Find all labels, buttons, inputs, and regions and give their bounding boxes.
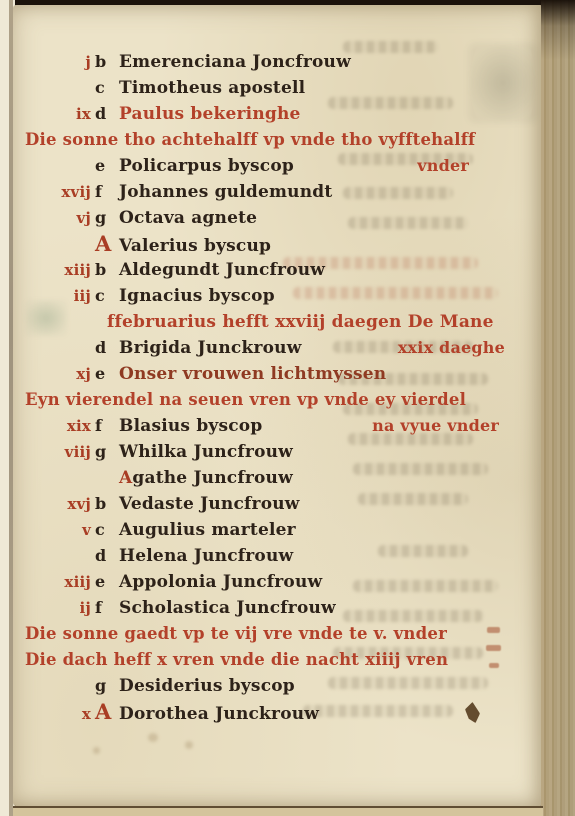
feast-name-text: Johannes guldemundt (119, 182, 332, 202)
dominical-letter: f (95, 179, 119, 205)
manuscript-photo: jbEmerenciana JoncfrouwcTimotheus aposte… (0, 0, 575, 816)
feast-name: Blasius byscop (119, 416, 262, 436)
dominical-letter: d (95, 543, 119, 569)
rubric-right-note: vnder (417, 153, 469, 179)
astronomical-note-text: Die sonne gaedt vp te vij vre vnde te v.… (25, 624, 447, 643)
dominical-letter: c (95, 75, 119, 101)
dominical-letter: A (95, 699, 119, 725)
astronomical-note: Die sonne tho achtehalff vp vnde tho vyf… (25, 127, 483, 153)
bleed-through-numeral (486, 645, 501, 651)
golden-number: ix (55, 101, 95, 127)
calendar-entry-row: dHelena Juncfrouw (55, 543, 483, 569)
dominical-letter: g (95, 439, 119, 465)
manuscript-page: jbEmerenciana JoncfrouwcTimotheus aposte… (13, 5, 543, 806)
calendar-entry-row: ijfScholastica Juncfrouw (55, 595, 483, 621)
feast-name: Paulus bekeringhe (119, 104, 301, 124)
feast-name-text: gathe Juncfrouw (132, 468, 293, 488)
feast-name-text: Desiderius byscop (119, 676, 295, 696)
feast-name: Timotheus apostell (119, 78, 305, 98)
fore-edge-shading (541, 0, 575, 816)
calendar-entry-row: xiijbAldegundt Juncfrouw (55, 257, 483, 283)
feast-name-text: Helena Juncfrouw (119, 546, 293, 566)
red-initial: A (119, 468, 132, 488)
feast-name-text: Octava agnete (119, 208, 257, 228)
feast-name-text: Emerenciana Joncfrouw (119, 52, 351, 72)
feast-name: Augulius marteler (119, 520, 296, 540)
stain (148, 733, 158, 742)
feast-name-text: Blasius byscop (119, 416, 262, 436)
feast-name-text: Valerius byscup (119, 236, 271, 256)
feast-name-text: Brigida Junckrouw (119, 338, 302, 358)
feast-name-text: Appolonia Juncfrouw (119, 572, 322, 592)
calendar-entry-row: xvijfJohannes guldemundt (55, 179, 483, 205)
calendar-entry-row: xjeOnser vrouwen lichtmyssen (55, 361, 483, 387)
stain (93, 747, 100, 754)
dominical-letter: g (95, 673, 119, 699)
rubric-right-note: xxix daeghe (398, 335, 505, 361)
feast-name: Valerius byscup (119, 236, 271, 256)
feast-name: Johannes guldemundt (119, 182, 332, 202)
calendar-entry-row: xixfBlasius byscopna vyue vnder (55, 413, 483, 439)
dominical-letter: d (95, 335, 119, 361)
calendar-entry-row: vcAugulius marteler (55, 517, 483, 543)
feast-name: Ignacius byscop (119, 286, 275, 306)
dominical-letter: f (95, 595, 119, 621)
calendar-entry-row: Agathe Juncfrouw (55, 465, 483, 491)
feast-name: Octava agnete (119, 208, 257, 228)
dominical-letter: b (95, 257, 119, 283)
text-block: jbEmerenciana JoncfrouwcTimotheus aposte… (55, 49, 483, 725)
calendar-entry-row: ePolicarpus byscopvnder (55, 153, 483, 179)
feast-name: Scholastica Juncfrouw (119, 598, 336, 618)
calendar-entry-row: gDesiderius byscop (55, 673, 483, 699)
feast-name: Aldegundt Juncfrouw (119, 260, 325, 280)
feast-name: Desiderius byscop (119, 676, 295, 696)
astronomical-note: Eyn vierendel na seuen vren vp vnde ey v… (25, 387, 483, 413)
calendar-entry-row: dBrigida Junckrouwxxix daeghe (55, 335, 483, 361)
leaf-bottom-edge (13, 806, 543, 816)
feast-name: Appolonia Juncfrouw (119, 572, 322, 592)
astronomical-note: Die sonne gaedt vp te vij vre vnde te v.… (25, 621, 483, 647)
dominical-letter: g (95, 205, 119, 231)
golden-number: xix (55, 413, 95, 439)
feast-name-text: Whilka Juncfrouw (119, 442, 293, 462)
calendar-entry-row: viijgWhilka Juncfrouw (55, 439, 483, 465)
month-header-text: ffebruarius hefft xxviij daegen De Mane (107, 312, 494, 332)
rubric-right-note: na vyue vnder (372, 413, 499, 439)
golden-number: xiij (55, 257, 95, 283)
golden-number: vj (55, 205, 95, 231)
calendar-entry-row: xvjbVedaste Juncfrouw (55, 491, 483, 517)
golden-number: ij (55, 595, 95, 621)
feast-name: Vedaste Juncfrouw (119, 494, 300, 514)
dominical-letter: b (95, 491, 119, 517)
feast-name: Emerenciana Joncfrouw (119, 52, 351, 72)
feast-name-text: Ignacius byscop (119, 286, 275, 306)
feast-name-text: Dorothea Junckrouw (119, 704, 319, 724)
calendar-entry-row: xADorothea Junckrouw (55, 699, 483, 725)
feast-name: Policarpus byscop (119, 156, 294, 176)
dominical-letter: d (95, 101, 119, 127)
dominical-letter: e (95, 569, 119, 595)
dominical-letter: e (95, 153, 119, 179)
golden-number: j (55, 49, 95, 75)
astronomical-note-text: Die sonne tho achtehalff vp vnde tho vyf… (25, 130, 475, 149)
feast-name: Helena Juncfrouw (119, 546, 293, 566)
month-header: ffebruarius hefft xxviij daegen De Mane (107, 309, 483, 335)
feast-name: Dorothea Junckrouw (119, 704, 319, 724)
bleed-through-numeral (487, 627, 500, 633)
golden-number: iij (55, 283, 95, 309)
calendar-entry-row: cTimotheus apostell (55, 75, 483, 101)
golden-number: x (55, 701, 95, 727)
feast-name-text: Policarpus byscop (119, 156, 294, 176)
dominical-letter: c (95, 283, 119, 309)
feast-name-text: Scholastica Juncfrouw (119, 598, 336, 618)
golden-number: v (55, 517, 95, 543)
astronomical-note: Die dach heff x vren vnde die nacht xiii… (25, 647, 483, 673)
dominical-letter: f (95, 413, 119, 439)
golden-number: xvj (55, 491, 95, 517)
golden-number: xvij (55, 179, 95, 205)
calendar-entry-row: xiijeAppolonia Juncfrouw (55, 569, 483, 595)
feast-name: Onser vrouwen lichtmyssen (119, 364, 386, 384)
feast-name: Agathe Juncfrouw (119, 468, 293, 488)
bleed-through-numeral (489, 663, 499, 668)
calendar-entry-row: jbEmerenciana Joncfrouw (55, 49, 483, 75)
dominical-letter: A (95, 231, 119, 257)
feast-name-text: Onser vrouwen lichtmyssen (119, 364, 386, 384)
calendar-entry-row: ixdPaulus bekeringhe (55, 101, 483, 127)
calendar-entry-row: iijcIgnacius byscop (55, 283, 483, 309)
feast-name-text: Aldegundt Juncfrouw (119, 260, 325, 280)
feast-name-text: Augulius marteler (119, 520, 296, 540)
astronomical-note-text: Die dach heff x vren vnde die nacht xiii… (25, 650, 448, 669)
calendar-entry-row: AValerius byscup (55, 231, 483, 257)
feast-name-text: Paulus bekeringhe (119, 104, 301, 124)
feast-name: Brigida Junckrouw (119, 338, 302, 358)
feast-name-text: Vedaste Juncfrouw (119, 494, 300, 514)
golden-number: viij (55, 439, 95, 465)
feast-name: Whilka Juncfrouw (119, 442, 293, 462)
golden-number: xiij (55, 569, 95, 595)
dominical-letter: b (95, 49, 119, 75)
feast-name-text: Timotheus apostell (119, 78, 305, 98)
dominical-letter: c (95, 517, 119, 543)
calendar-entry-row: vjgOctava agnete (55, 205, 483, 231)
astronomical-note-text: Eyn vierendel na seuen vren vp vnde ey v… (25, 390, 466, 409)
dominical-letter: e (95, 361, 119, 387)
stain (185, 741, 193, 749)
golden-number: xj (55, 361, 95, 387)
